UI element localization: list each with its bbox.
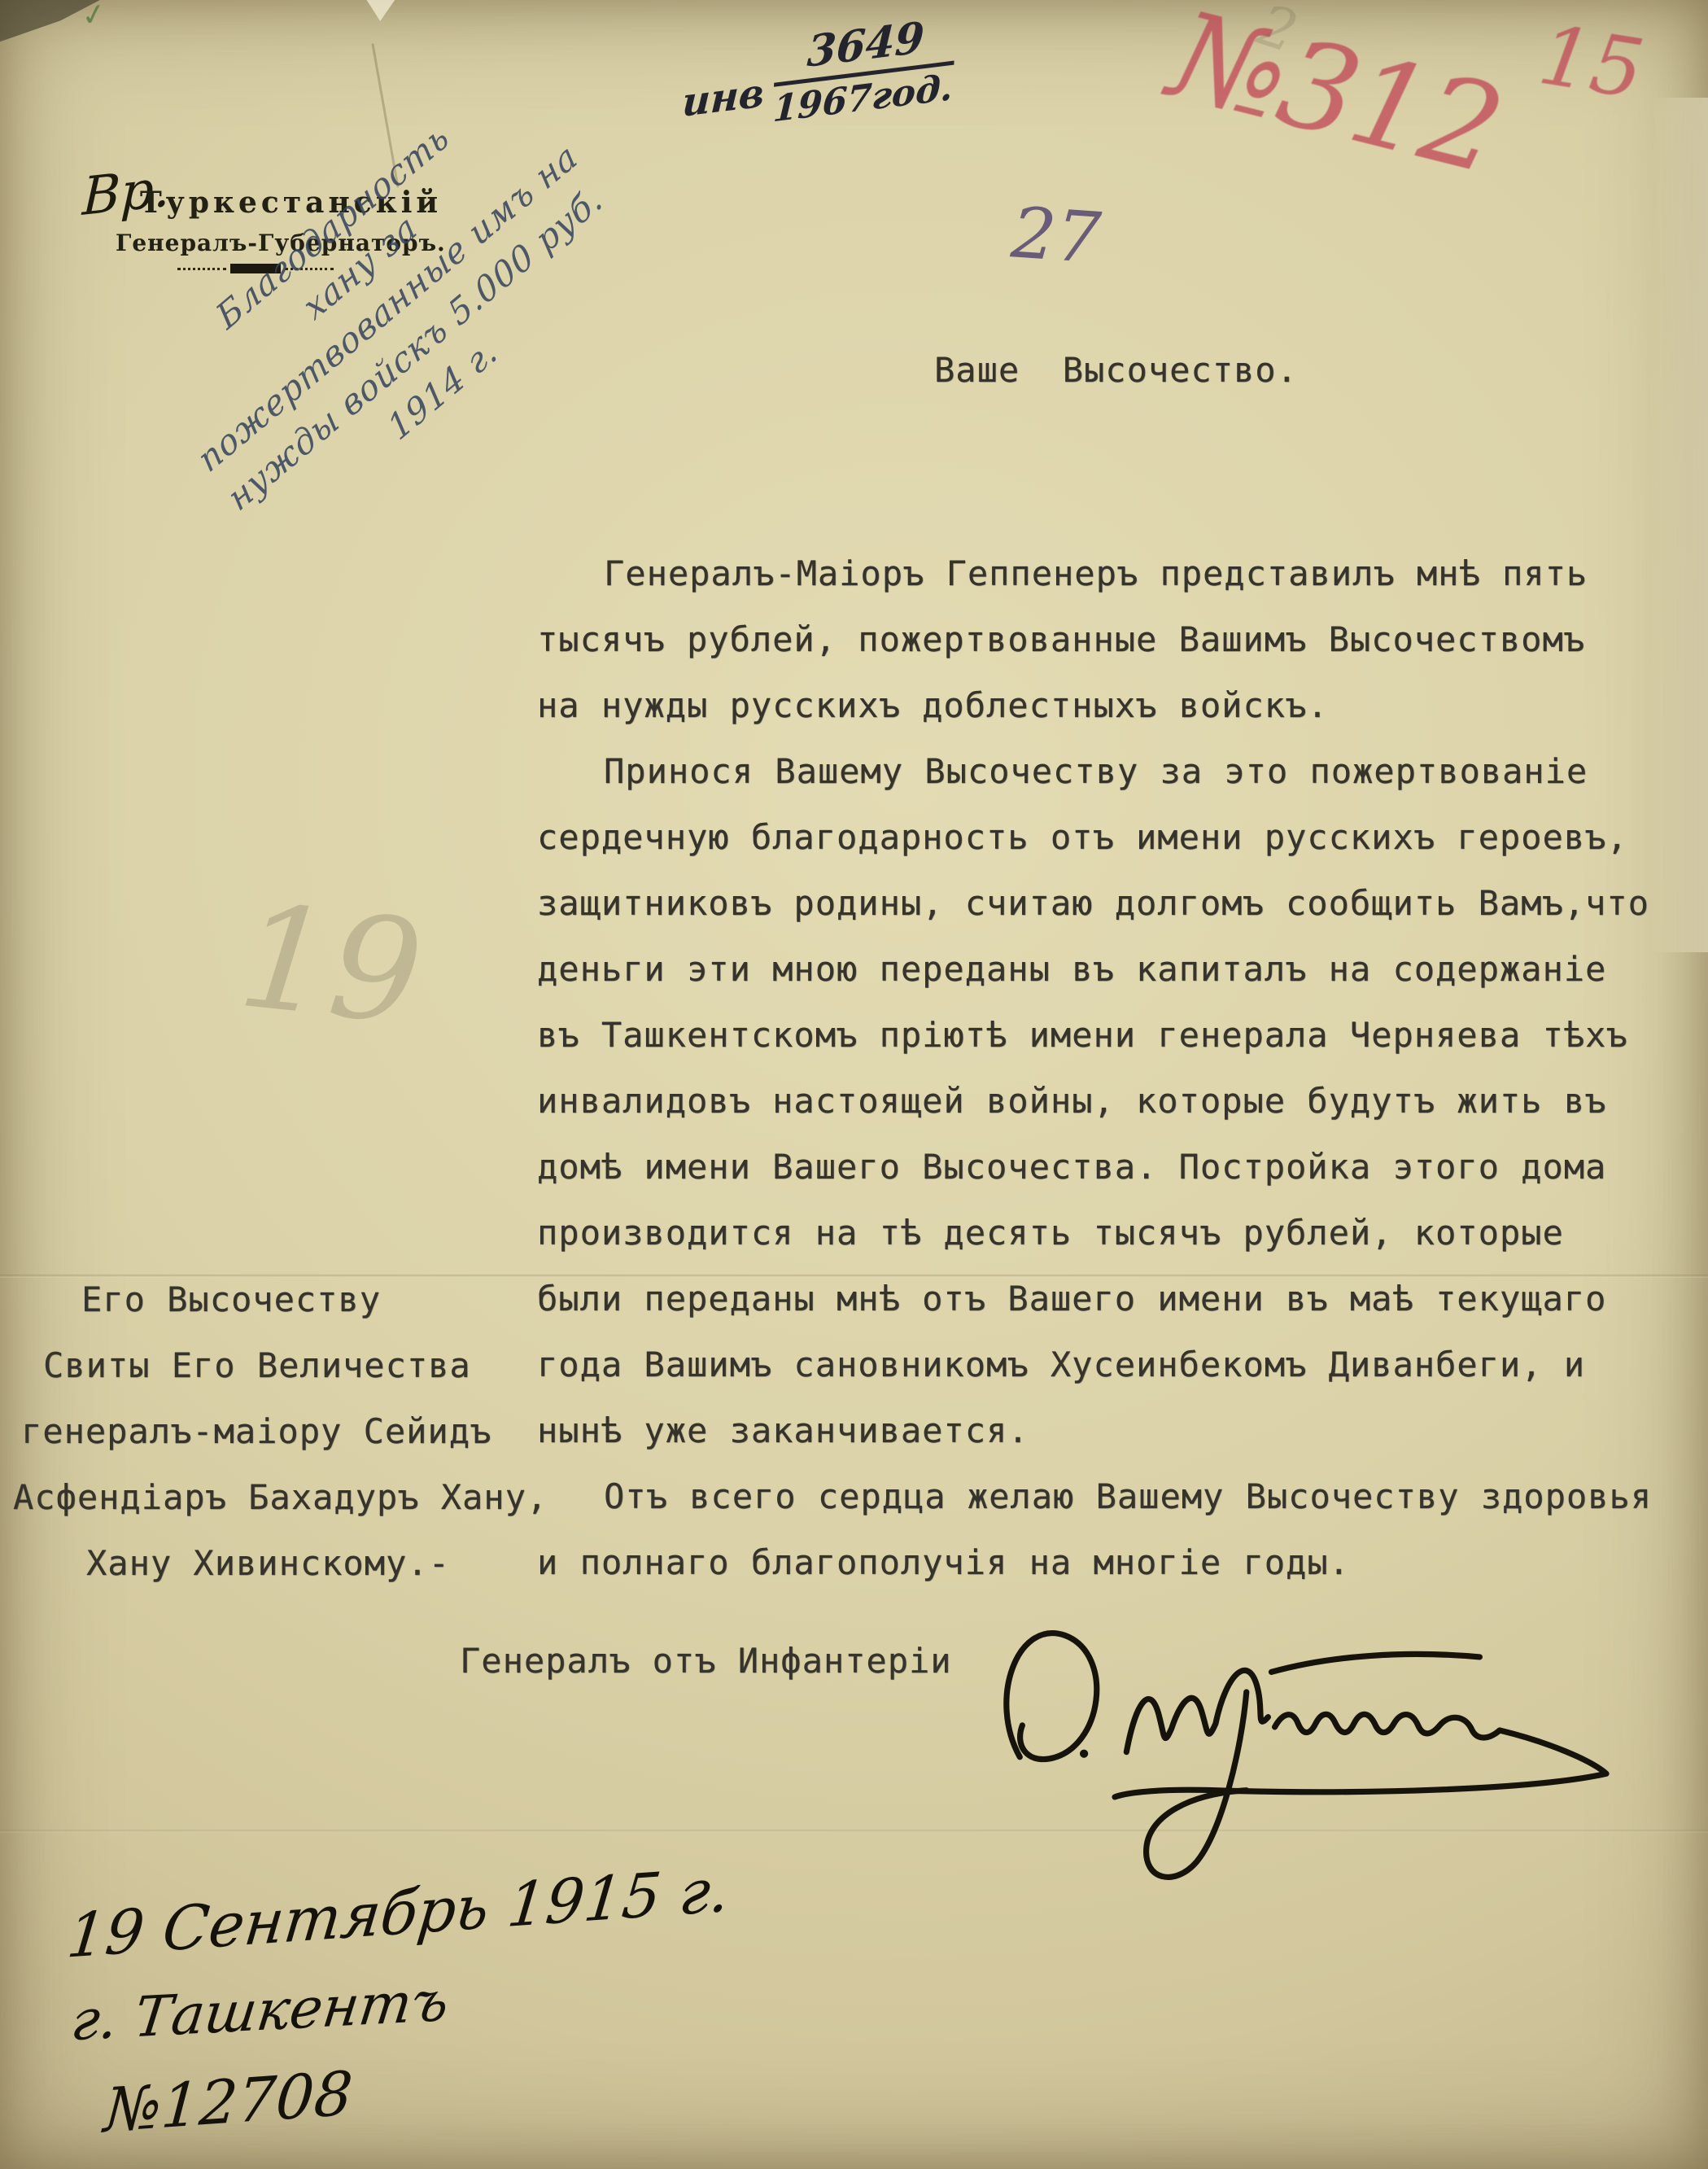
body-line: Генералъ-Маіоръ Геппенеръ представилъ мн… bbox=[537, 553, 1693, 619]
check-mark: ✓ bbox=[80, 0, 107, 35]
body-line: тысячъ рублей, пожертвованные Вашимъ Выс… bbox=[537, 619, 1693, 685]
archival-ink-note: инв 3649 1967год. bbox=[680, 9, 957, 142]
body-line: сердечную благодарность отъ имени русски… bbox=[537, 817, 1693, 883]
address-line: Хану Хивинскому.- bbox=[13, 1543, 542, 1609]
body-line: инвалидовъ настоящей войны, которые буду… bbox=[537, 1081, 1693, 1147]
body-line: въ Ташкентскомъ пріютѣ имени генерала Че… bbox=[537, 1015, 1693, 1081]
body-line: были переданы мнѣ отъ Вашего имени въ ма… bbox=[537, 1279, 1693, 1345]
pencil-number-19: 19 bbox=[232, 874, 430, 1057]
body-line: на нужды русскихъ доблестныхъ войскъ. bbox=[537, 685, 1693, 751]
ref-number: №12708 bbox=[102, 2058, 355, 2146]
body-text: Генералъ-Маіоръ Геппенеръ представилъ мн… bbox=[537, 553, 1693, 1608]
body-line: домѣ имени Вашего Высочества. Постройка … bbox=[537, 1147, 1693, 1213]
body-line: Отъ всего сердца желаю Вашему Высочеству… bbox=[537, 1476, 1693, 1542]
paper-tear-notch bbox=[365, 0, 397, 21]
address-line: Асфендіаръ Бахадуръ Хану, bbox=[13, 1477, 542, 1543]
signature-svg bbox=[940, 1575, 1640, 1884]
closing-title: Генералъ отъ Инфантеріи bbox=[460, 1641, 952, 1681]
body-line: деньги эти мною переданы въ капиталъ на … bbox=[537, 949, 1693, 1015]
body-line: Принося Вашему Высочеству за это пожертв… bbox=[537, 751, 1693, 817]
signature bbox=[940, 1575, 1640, 1884]
inventory-fraction: 3649 1967год. bbox=[772, 9, 957, 131]
diagonal-ink-note: Благодарностьхану запожертвованные имъ н… bbox=[88, 12, 688, 604]
address-line: генералъ-маіору Сейидъ bbox=[13, 1411, 542, 1477]
red-crayon-page-number: 15 bbox=[1533, 7, 1650, 117]
body-line: нынѣ уже заканчивается. bbox=[537, 1410, 1693, 1476]
address-block: Его ВысочествуСвиты Его Величествагенера… bbox=[13, 1279, 542, 1609]
body-line: производится на тѣ десять тысячъ рублей,… bbox=[537, 1213, 1693, 1279]
pencil-number-27: 27 bbox=[1009, 192, 1103, 279]
salutation: Ваше Высочество. bbox=[934, 350, 1298, 390]
address-line: Его Высочеству bbox=[13, 1279, 542, 1345]
body-line: защитниковъ родины, считаю долгомъ сообщ… bbox=[537, 883, 1693, 949]
address-line: Свиты Его Величества bbox=[13, 1345, 542, 1411]
body-line: года Вашимъ сановникомъ Хусеинбекомъ Див… bbox=[537, 1345, 1693, 1410]
red-crayon-number: №312 bbox=[1158, 0, 1513, 201]
inventory-prefix: инв bbox=[681, 69, 766, 125]
scanned-letter-page: ✓ Вр. Туркестанскій Генералъ-Губернаторъ… bbox=[0, 0, 1708, 2169]
date-line: 19 Сентябрь 1915 г. bbox=[63, 1855, 732, 1972]
place-line: г. Ташкентъ bbox=[68, 1970, 452, 2054]
